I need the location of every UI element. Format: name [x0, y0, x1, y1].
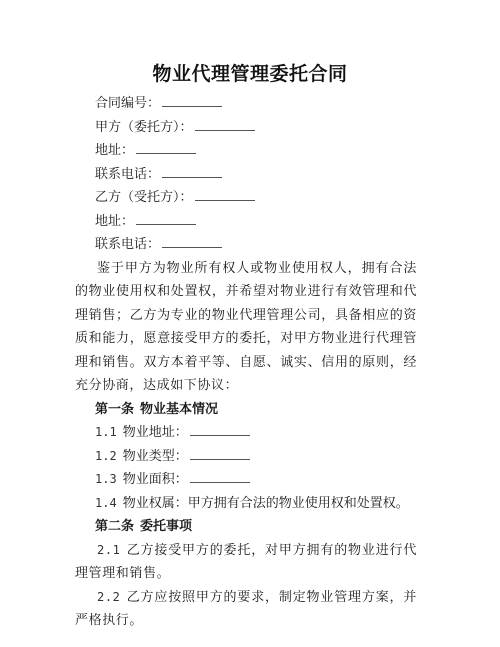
blank-line	[162, 165, 222, 178]
document-body: 合同编号： 甲方（委托方）： 地址： 联系电话： 乙方（受托方）： 地址： 联系…	[75, 92, 417, 633]
blank-line	[136, 141, 196, 154]
clause-item: 1.2物业类型：	[75, 445, 417, 469]
section-number: 第一条	[95, 402, 134, 417]
party-b-phone-field: 联系电话：	[75, 233, 417, 257]
clause-item: 1.1物业地址：	[75, 421, 417, 445]
blank-line	[190, 470, 250, 483]
clause-number: 1.4	[95, 496, 117, 510]
clause-number: 1.3	[95, 472, 117, 486]
field-label: 甲方（委托方）：	[95, 120, 193, 135]
field-label: 乙方（受托方）：	[95, 190, 193, 205]
field-label: 联系电话：	[95, 237, 160, 252]
clause-text: 乙方应按照甲方的要求，制定物业管理方案，并严格执行。	[75, 590, 417, 629]
blank-line	[195, 118, 255, 131]
clause-item: 1.3物业面积：	[75, 468, 417, 492]
blank-line	[190, 423, 250, 436]
party-a-field: 甲方（委托方）：	[75, 116, 417, 140]
section-number: 第二条	[95, 519, 134, 534]
contract-number-field: 合同编号：	[75, 92, 417, 116]
clause-text: 甲方拥有合法的物业使用权和处置权。	[188, 496, 409, 511]
clause-number: 2.1	[97, 543, 120, 557]
clause-item: 2.2乙方应按照甲方的要求，制定物业管理方案，并严格执行。	[75, 586, 417, 633]
clause-number: 1.1	[95, 425, 117, 439]
clause-item: 1.4物业权属：甲方拥有合法的物业使用权和处置权。	[75, 492, 417, 516]
party-b-address-field: 地址：	[75, 210, 417, 234]
blank-line	[162, 94, 222, 107]
document-title: 物业代理管理委托合同	[0, 59, 500, 86]
clause-label: 物业类型：	[123, 449, 188, 464]
blank-line	[162, 235, 222, 248]
section-heading: 第一条物业基本情况	[75, 398, 417, 422]
clause-number: 2.2	[97, 590, 120, 604]
clause-label: 物业面积：	[123, 472, 188, 487]
field-label: 地址：	[95, 143, 134, 158]
clause-label: 物业地址：	[123, 425, 188, 440]
field-label: 地址：	[95, 214, 134, 229]
section-title: 委托事项	[140, 519, 192, 534]
party-a-phone-field: 联系电话：	[75, 163, 417, 187]
document-page: 物业代理管理委托合同 合同编号： 甲方（委托方）： 地址： 联系电话： 乙方（受…	[0, 0, 500, 647]
section-heading: 第二条委托事项	[75, 515, 417, 539]
clause-number: 1.2	[95, 449, 117, 463]
blank-line	[195, 188, 255, 201]
section-title: 物业基本情况	[140, 402, 218, 417]
clause-label: 物业权属：	[123, 496, 188, 511]
clause-text: 乙方接受甲方的委托，对甲方拥有的物业进行代理管理和销售。	[75, 543, 417, 582]
blank-line	[136, 212, 196, 225]
party-a-address-field: 地址：	[75, 139, 417, 163]
field-label: 联系电话：	[95, 167, 160, 182]
blank-line	[190, 447, 250, 460]
party-b-field: 乙方（受托方）：	[75, 186, 417, 210]
field-label: 合同编号：	[95, 96, 160, 111]
preamble-paragraph: 鉴于甲方为物业所有权人或物业使用权人，拥有合法的物业使用权和处置权，并希望对物业…	[75, 257, 417, 398]
clause-item: 2.1乙方接受甲方的委托，对甲方拥有的物业进行代理管理和销售。	[75, 539, 417, 586]
